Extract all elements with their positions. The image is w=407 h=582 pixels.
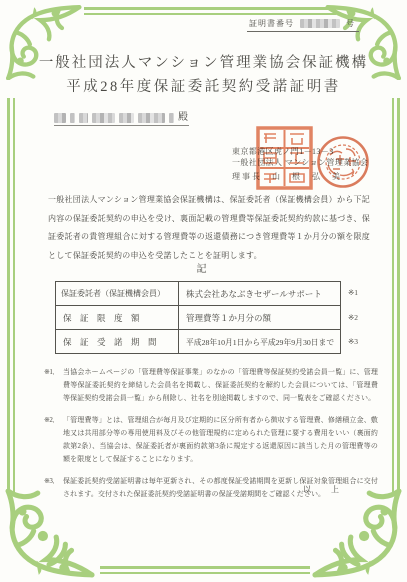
round-seal-stamp-icon <box>316 135 370 189</box>
document-title: 平成28年度保証委託契約受諾証明書 <box>0 75 407 96</box>
certificate-number-label: 証明書番号 <box>249 18 294 29</box>
certificate-number-suffix: 号 <box>346 18 355 29</box>
border-line-bottom-outer <box>100 566 310 569</box>
footnote-1: ※1． 当協会ホームページの「管理費等保証事業」のなかの「管理費等保証契約受諾会… <box>44 366 378 405</box>
footnote-mark: ※1． <box>44 366 63 405</box>
redacted-certificate-number <box>300 19 340 28</box>
redacted-addressee-name <box>54 113 174 123</box>
row-label: 保証委託者（保証機構会員） <box>55 281 179 306</box>
row-value: 株式会社あなぶきセザールサポート <box>179 281 341 306</box>
footnote-2: ※2． 「管理費等」とは、管理組合が毎月及び定期的に区分所有者から徴収する管理費… <box>44 414 378 466</box>
border-line-bottom-inner <box>100 572 310 574</box>
certificate-page: 証明書番号 号 一般社団法人マンション管理業協会保証機構 平成28年度保証委託契… <box>0 0 407 582</box>
addressee-line: 殿 <box>54 108 189 126</box>
border-line-top-outer <box>84 7 336 10</box>
addressee-honorific: 殿 <box>178 108 189 123</box>
guarantee-table: 保証委託者（保証機構会員） 株式会社あなぶきセザールサポート ※1 保 証 限 … <box>55 281 358 354</box>
table-row-guarantor: 保証委託者（保証機構会員） 株式会社あなぶきセザールサポート ※1 <box>55 281 358 306</box>
border-line-right-outer <box>397 98 400 494</box>
footnote-mark: ※2． <box>44 414 63 466</box>
row-value: 平成28年10月1日から平成29年9月30日まで <box>179 330 341 354</box>
table-row-limit: 保 証 限 度 額 管理費等１か月分の額 ※2 <box>55 306 358 330</box>
border-line-left-inner <box>13 98 15 494</box>
square-seal-stamp-icon <box>256 126 313 190</box>
border-line-left-outer <box>7 98 10 494</box>
row-note-mark: ※2 <box>341 306 358 330</box>
row-value: 管理費等１か月分の額 <box>179 306 341 330</box>
border-line-top-inner <box>84 13 336 15</box>
footnote-text: 「管理費等」とは、管理組合が毎月及び定期的に区分所有者から徴収する管理費、修繕積… <box>63 414 378 466</box>
body-paragraph: 一般社団法人マンション管理業協会保証機構は、保証委託者（保証機構会員）から下記内… <box>48 191 370 265</box>
row-note-mark: ※1 <box>341 281 358 306</box>
document-title-organization: 一般社団法人マンション管理業協会保証機構 <box>0 51 407 72</box>
border-line-right-inner <box>392 98 394 494</box>
closing-ijou: 以 上 <box>303 484 345 495</box>
row-label: 保 証 受 諾 期 間 <box>55 330 179 354</box>
row-label: 保 証 限 度 額 <box>55 306 179 330</box>
footnote-text: 当協会ホームページの「管理費等保証事業」のなかの「管理費等保証契約受諾会員一覧」… <box>63 366 378 405</box>
table-row-period: 保 証 受 諾 期 間 平成28年10月1日から平成29年9月30日まで ※3 <box>55 330 358 354</box>
certificate-number: 証明書番号 号 <box>247 18 359 32</box>
row-note-mark: ※3 <box>341 330 358 354</box>
footnote-mark: ※3． <box>44 475 63 501</box>
ki-heading: 記 <box>0 260 407 275</box>
